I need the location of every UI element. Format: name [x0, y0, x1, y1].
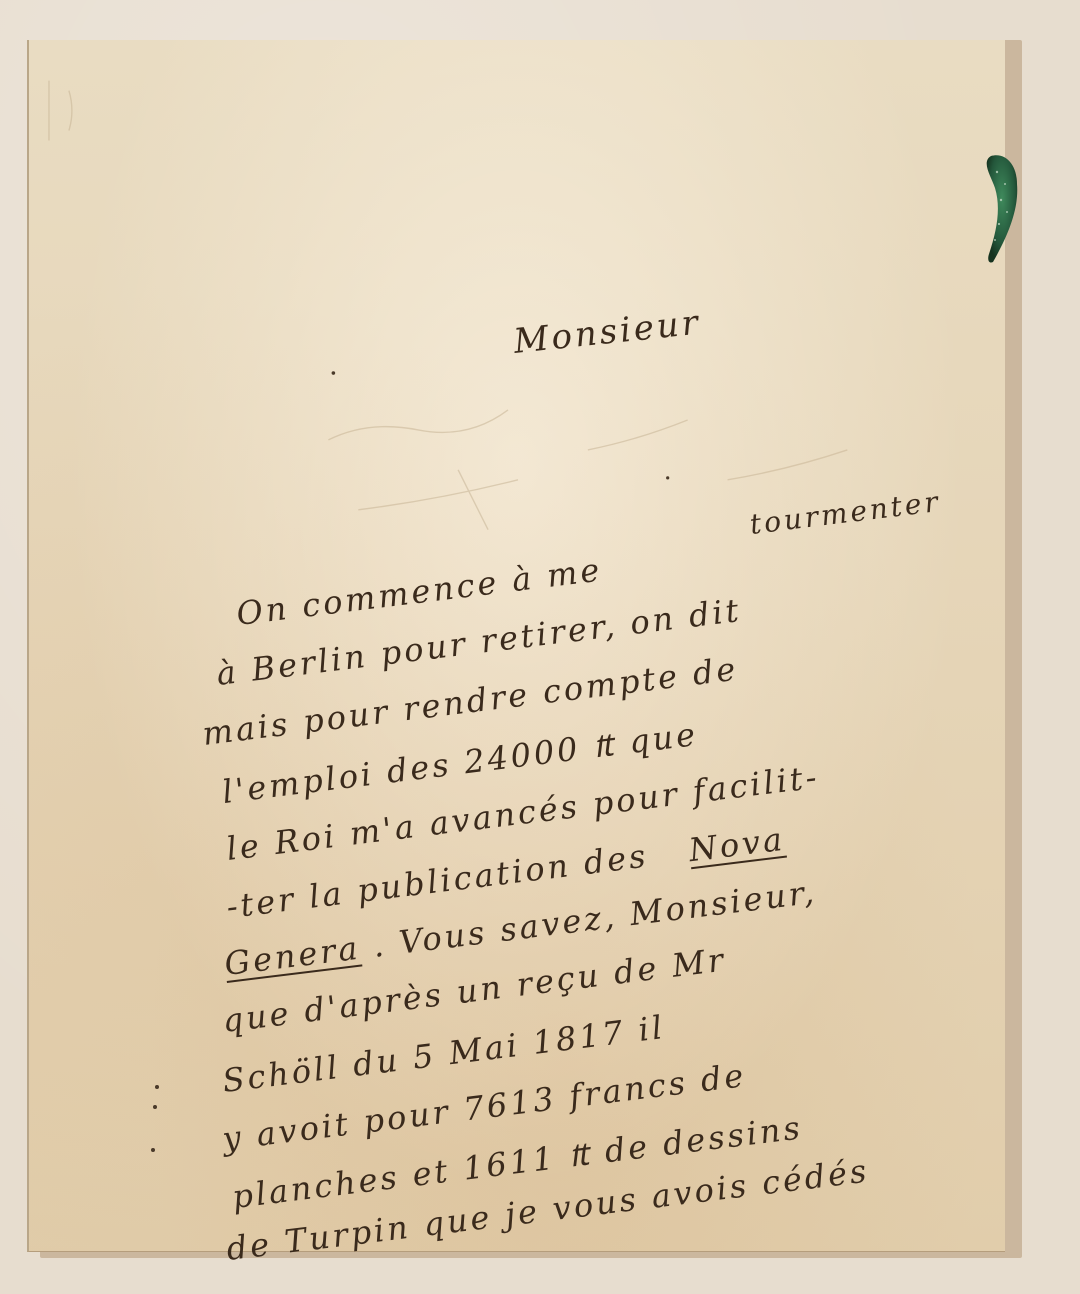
- letter-sheet: Monsieur tourmenter On commence à me à B…: [27, 40, 1005, 1252]
- title-genera: Genera: [222, 929, 362, 983]
- green-seal-stain: [977, 150, 1023, 270]
- margin-dot: [155, 1085, 159, 1089]
- margin-dot: [153, 1105, 157, 1109]
- letter-line-continuation: tourmenter: [748, 485, 942, 541]
- title-nova: Nova: [687, 820, 787, 869]
- salutation: Monsieur: [512, 303, 703, 362]
- margin-dot: [151, 1148, 155, 1152]
